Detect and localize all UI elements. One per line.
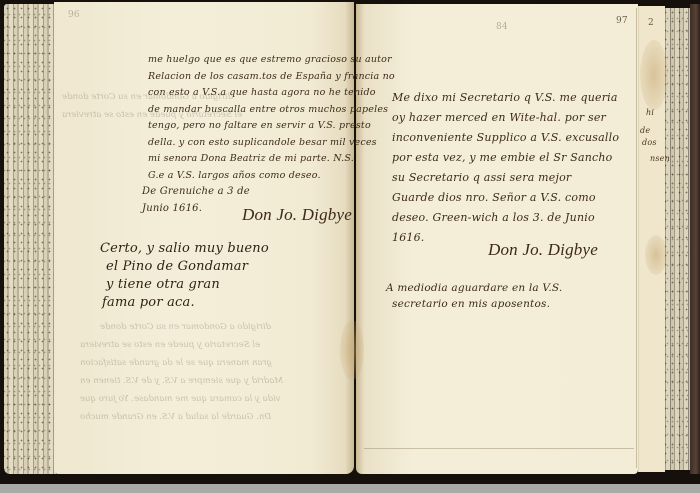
annotation-line: el Pino de Gondamar (100, 258, 269, 276)
text-line: mi senora Dona Beatriz de mi parte. N.S. (148, 151, 395, 168)
book-cover-edge (690, 4, 700, 474)
annotation-line: Certo, y salio muy bueno (100, 240, 269, 258)
text-line: inconveniente Supplico a V.S. excusallo (392, 128, 619, 148)
margin-folio-number: 2 (648, 18, 654, 28)
text-line: G.e a V.S. largos años como deseo. (148, 168, 395, 185)
ruled-bottom-line (364, 448, 634, 449)
foxing-stain (645, 235, 667, 275)
margin-note: dos (642, 138, 657, 147)
date-line: De Grenuiche a 3 de (142, 183, 250, 200)
folio-number: 96 (68, 10, 80, 20)
text-line: tengo, pero no faltare en servir a V.S. … (148, 118, 395, 135)
text-line: por esta vez, y me embie el Sr Sancho (392, 148, 619, 168)
faint-folio-number: 84 (496, 22, 508, 32)
bleed-through-line: el Secretario y puede en esto se atrevie… (80, 340, 260, 350)
folio-number: 97 (616, 16, 628, 26)
text-line: Me dixo mi Secretario q V.S. me queria (392, 88, 619, 108)
gutter-stain (340, 320, 364, 380)
text-line: con esto a V.S.a que hasta agora no he t… (148, 85, 395, 102)
bleed-through-line: Dn. Guarde la salud a V.S. en Grande muc… (80, 412, 271, 422)
bleed-through-line: Madrid y que siempre a V.S. y de V.S. ti… (80, 376, 283, 386)
left-fore-edge (4, 4, 56, 474)
bleed-through-line: dirigido a Gondomar en su Corte donde (100, 322, 271, 332)
margin-note: de (640, 126, 650, 135)
bleed-through-line: vida y la camara que me mandase. Yo juro… (80, 394, 281, 404)
letter-date-left: De Grenuiche a 3 de Junio 1616. (142, 183, 250, 217)
bleed-through-line: gran manera que se le da grande satisfac… (80, 358, 272, 368)
text-line: oy hazer merced en Wite-hal. por ser (392, 108, 619, 128)
text-line: me huelgo que es que estremo gracioso su… (148, 52, 395, 69)
letter-body-left: me huelgo que es que estremo gracioso su… (148, 52, 395, 184)
margin-note: hi (646, 108, 654, 117)
text-line: deseo. Green-wich a los 3. de Junio (392, 208, 619, 228)
postscript-line: A mediodia aguardare en la V.S. (386, 280, 562, 296)
text-line: su Secretario q assi sera mejor (392, 168, 619, 188)
text-line: della. y con esto suplicandole besar mil… (148, 135, 395, 152)
date-line: Junio 1616. (142, 200, 250, 217)
postscript-line: secretario en mis aposentos. (386, 296, 562, 312)
signature-left: Don Jo. Digbye (242, 205, 352, 225)
signature-right: Don Jo. Digbye (488, 240, 598, 260)
letter-body-right: Me dixo mi Secretario q V.S. me queria o… (392, 88, 619, 248)
text-line: Relacion de los casam.tos de España y fr… (148, 69, 395, 86)
annotation-line: y tiene otra gran (100, 276, 269, 294)
postscript-right: A mediodia aguardare en la V.S. secretar… (386, 280, 562, 312)
ruled-margin-line (636, 8, 637, 468)
text-line: de mandar buscalla entre otros muchos pa… (148, 102, 395, 119)
text-line: Guarde dios nro. Señor a V.S. como (392, 188, 619, 208)
foxing-stain (640, 40, 668, 110)
annotation-left: Certo, y salio muy bueno el Pino de Gond… (100, 240, 269, 312)
margin-note: nsen (650, 154, 670, 163)
annotation-line: fama por aca. (100, 294, 269, 312)
bottom-strip (0, 484, 700, 493)
